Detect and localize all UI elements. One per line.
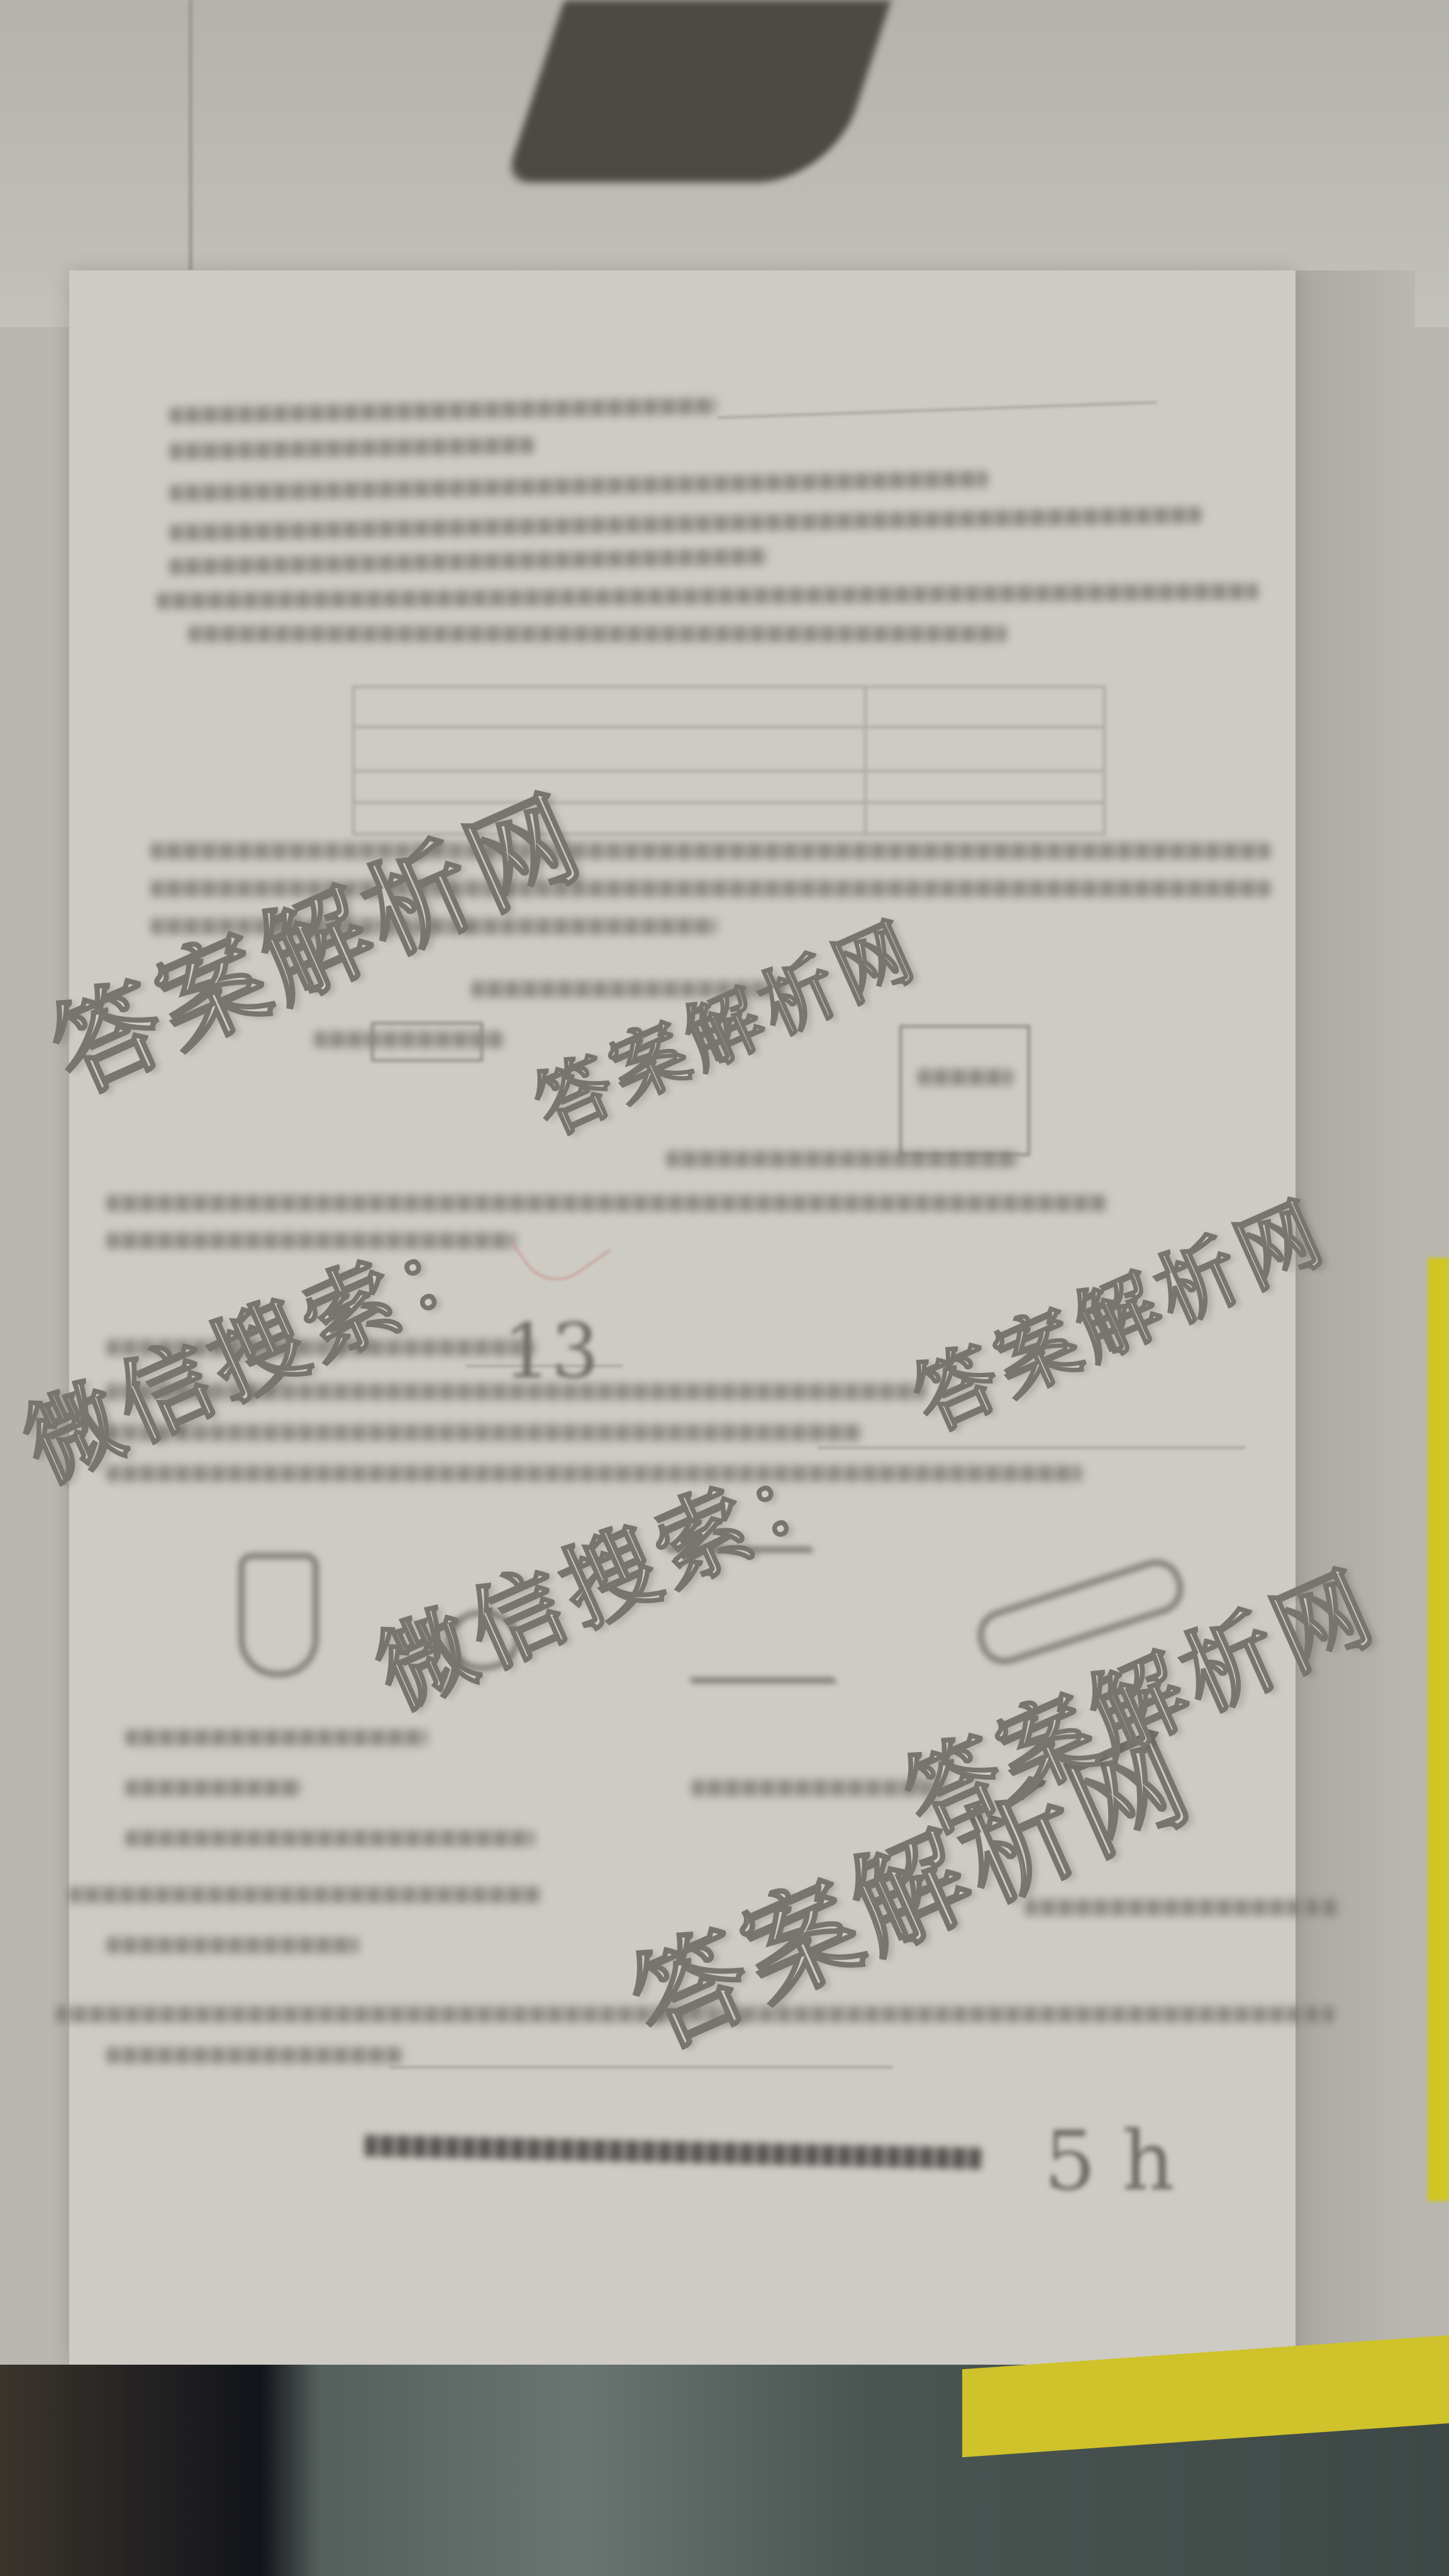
paper-stack-edge [1289,270,1415,2365]
handwritten-answer: 13 [503,1308,599,1396]
paper-edge [189,0,192,270]
beaker-figure [239,1553,318,1677]
handwritten-note: 5 h [1044,2113,1175,2209]
yellow-highlighter-edge [1428,1258,1449,2201]
